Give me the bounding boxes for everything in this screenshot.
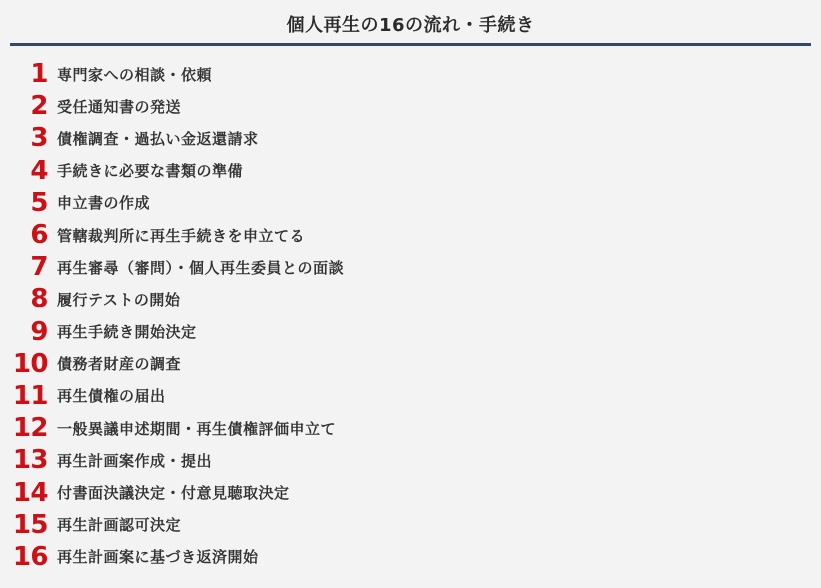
step-label: 専門家への相談・依頼 [57, 64, 212, 85]
step-label: 再生審尋（審問）・個人再生委員との面談 [57, 257, 344, 278]
step-row: 3 債権調査・過払い金返還請求 [0, 122, 821, 154]
step-number: 6 [0, 222, 48, 248]
step-number: 8 [0, 286, 48, 312]
step-number: 12 [0, 415, 48, 441]
step-number: 3 [0, 125, 48, 151]
title-divider [10, 43, 811, 46]
step-number: 16 [0, 544, 48, 570]
step-row: 4 手続きに必要な書類の準備 [0, 155, 821, 187]
step-number: 14 [0, 480, 48, 506]
step-row: 14 付書面決議決定・付意見聴取決定 [0, 476, 821, 508]
step-row: 6 管轄裁判所に再生手続きを申立てる [0, 219, 821, 251]
step-label: 管轄裁判所に再生手続きを申立てる [57, 225, 305, 246]
step-row: 8 履行テストの開始 [0, 283, 821, 315]
step-row: 5 申立書の作成 [0, 187, 821, 219]
step-label: 再生債権の届出 [57, 385, 166, 406]
step-row: 2 受任通知書の発送 [0, 90, 821, 122]
step-label: 債権調査・過払い金返還請求 [57, 128, 259, 149]
step-number: 2 [0, 93, 48, 119]
step-row: 9 再生手続き開始決定 [0, 316, 821, 348]
step-label: 再生計画案作成・提出 [57, 450, 212, 471]
step-label: 再生計画認可決定 [57, 514, 181, 535]
step-row: 10 債務者財産の調査 [0, 348, 821, 380]
page-title: 個人再生の16の流れ・手続き [286, 15, 534, 36]
step-number: 1 [0, 61, 48, 87]
step-number: 5 [0, 190, 48, 216]
step-number: 9 [0, 319, 48, 345]
step-row: 11 再生債権の届出 [0, 380, 821, 412]
infographic-page: 個人再生の16の流れ・手続き 1 専門家への相談・依頼 2 受任通知書の発送 3… [0, 0, 821, 588]
step-label: 債務者財産の調査 [57, 353, 181, 374]
step-number: 4 [0, 158, 48, 184]
step-number: 10 [0, 351, 48, 377]
steps-list: 1 専門家への相談・依頼 2 受任通知書の発送 3 債権調査・過払い金返還請求 … [0, 58, 821, 573]
step-row: 7 再生審尋（審問）・個人再生委員との面談 [0, 251, 821, 283]
step-label: 履行テストの開始 [57, 289, 180, 310]
step-number: 11 [0, 383, 48, 409]
step-row: 16 再生計画案に基づき返済開始 [0, 541, 821, 573]
step-label: 手続きに必要な書類の準備 [57, 160, 243, 181]
step-row: 13 再生計画案作成・提出 [0, 444, 821, 476]
step-label: 再生計画案に基づき返済開始 [57, 546, 259, 567]
step-number: 7 [0, 254, 48, 280]
step-row: 15 再生計画認可決定 [0, 509, 821, 541]
step-row: 12 一般異議申述期間・再生債権評価申立て [0, 412, 821, 444]
step-row: 1 専門家への相談・依頼 [0, 58, 821, 90]
step-label: 一般異議申述期間・再生債権評価申立て [57, 418, 336, 439]
step-label: 再生手続き開始決定 [57, 321, 197, 342]
step-number: 13 [0, 447, 48, 473]
step-label: 受任通知書の発送 [57, 96, 181, 117]
step-label: 申立書の作成 [57, 192, 150, 213]
step-label: 付書面決議決定・付意見聴取決定 [57, 482, 290, 503]
step-number: 15 [0, 512, 48, 538]
header: 個人再生の16の流れ・手続き [0, 0, 821, 36]
